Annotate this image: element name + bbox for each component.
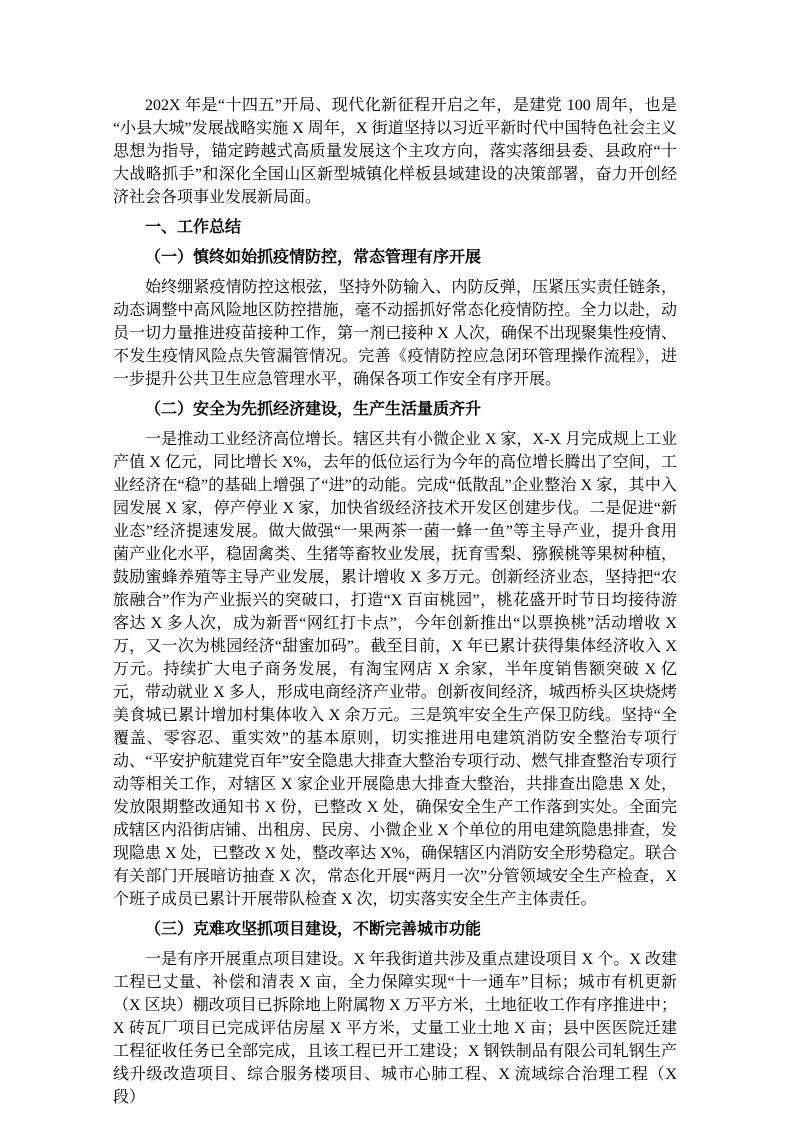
- subsection-heading-projects: （三）克难攻坚抓项目建设，不断完善城市功能: [113, 918, 677, 941]
- section-heading-work-summary: 一、工作总结: [113, 216, 677, 239]
- intro-paragraph: 202X 年是“十四五”开局、现代化新征程开启之年，是建党 100 周年，也是“…: [113, 94, 677, 209]
- subsection-heading-epidemic-control: （一）慎终如始抓疫情防控，常态管理有序开展: [113, 246, 677, 269]
- paragraph-economy: 一是推动工业经济高位增长。辖区共有小微企业 X 家，X-X 月完成规上工业产值 …: [113, 428, 677, 911]
- paragraph-projects: 一是有序开展重点项目建设。X 年我街道共涉及重点建设项目 X 个。X 改建工程已…: [113, 948, 677, 1109]
- paragraph-epidemic-control: 始终绷紧疫情防控这根弦，坚持外防输入、内防反弹，压紧压实责任链条，动态调整中高风…: [113, 276, 677, 391]
- subsection-heading-economy: （二）安全为先抓经济建设，生产生活量质齐升: [113, 398, 677, 421]
- document-page: 202X 年是“十四五”开局、现代化新征程开启之年，是建党 100 周年，也是“…: [0, 0, 793, 1122]
